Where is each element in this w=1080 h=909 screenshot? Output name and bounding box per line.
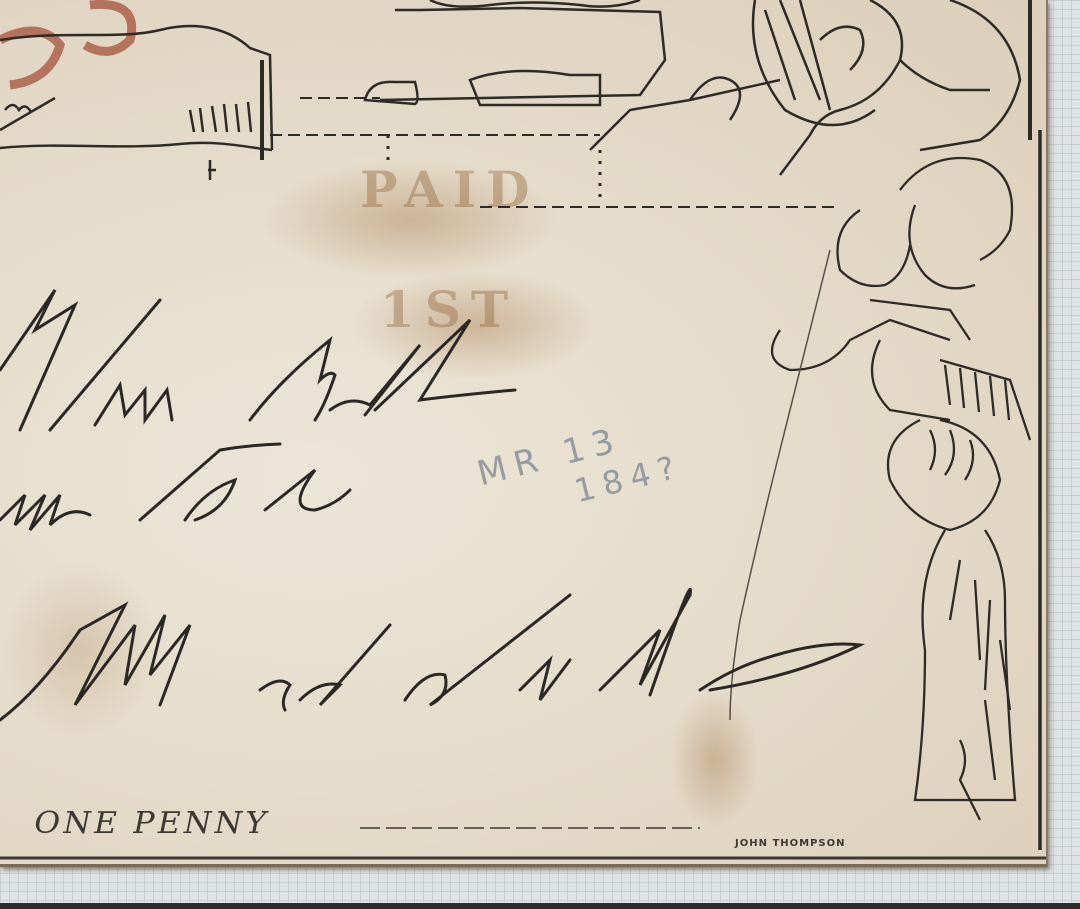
engraving-illustration xyxy=(0,0,1046,864)
mulready-envelope: PAID 1ST xyxy=(0,0,1048,867)
engraver-credit: JOHN THOMPSON xyxy=(735,838,846,849)
bottom-edge xyxy=(0,903,1080,909)
red-cancellation-icon xyxy=(0,4,132,85)
denomination-label: ONE PENNY xyxy=(34,806,269,841)
